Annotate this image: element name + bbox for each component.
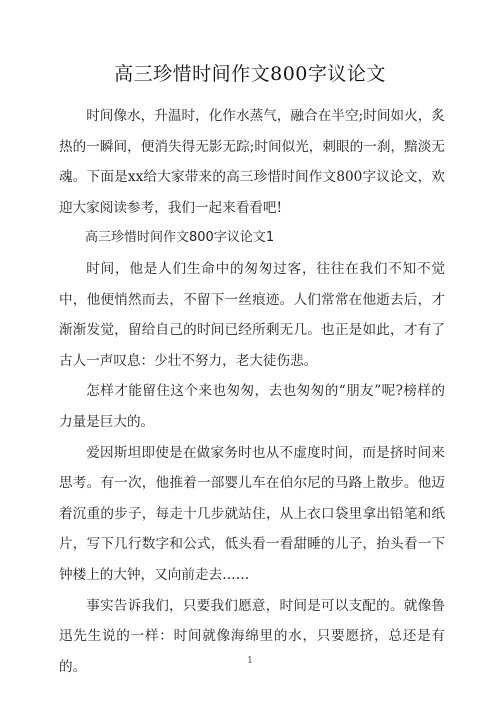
document-title: 高三珍惜时间作文800字议论文 — [0, 60, 500, 88]
body-paragraph: 事实告诉我们，只要我们愿意，时间是可以支配的。就像鲁迅先生说的一样：时间就像海绵… — [59, 591, 445, 683]
intro-paragraph: 时间像水，升温时，化作水蒸气，融合在半空;时间如火，炙热的一瞬间，便消失得无影无… — [59, 101, 445, 223]
document-page: 高三珍惜时间作文800字议论文 时间像水，升温时，化作水蒸气，融合在半空;时间如… — [0, 0, 500, 707]
page-number: 1 — [0, 656, 500, 666]
body-paragraph: 爱因斯坦即使是在做家务时也从不虚度时间，而是挤时间来思考。有一次，他推着一部婴儿… — [59, 438, 445, 591]
body-paragraph: 怎样才能留住这个来也匆匆，去也匆匆的“朋友”呢?榜样的力量是巨大的。 — [59, 376, 445, 437]
document-title-text: 高三珍惜时间作文800字议论文 — [114, 63, 386, 85]
section-heading: 高三珍惜时间作文800字议论文1 — [59, 223, 445, 254]
body-paragraph: 时间，他是人们生命中的匆匆过客，往往在我们不知不觉中，他便悄然而去，不留下一丝痕… — [59, 254, 445, 376]
document-body: 时间像水，升温时，化作水蒸气，融合在半空;时间如火，炙热的一瞬间，便消失得无影无… — [59, 101, 445, 682]
